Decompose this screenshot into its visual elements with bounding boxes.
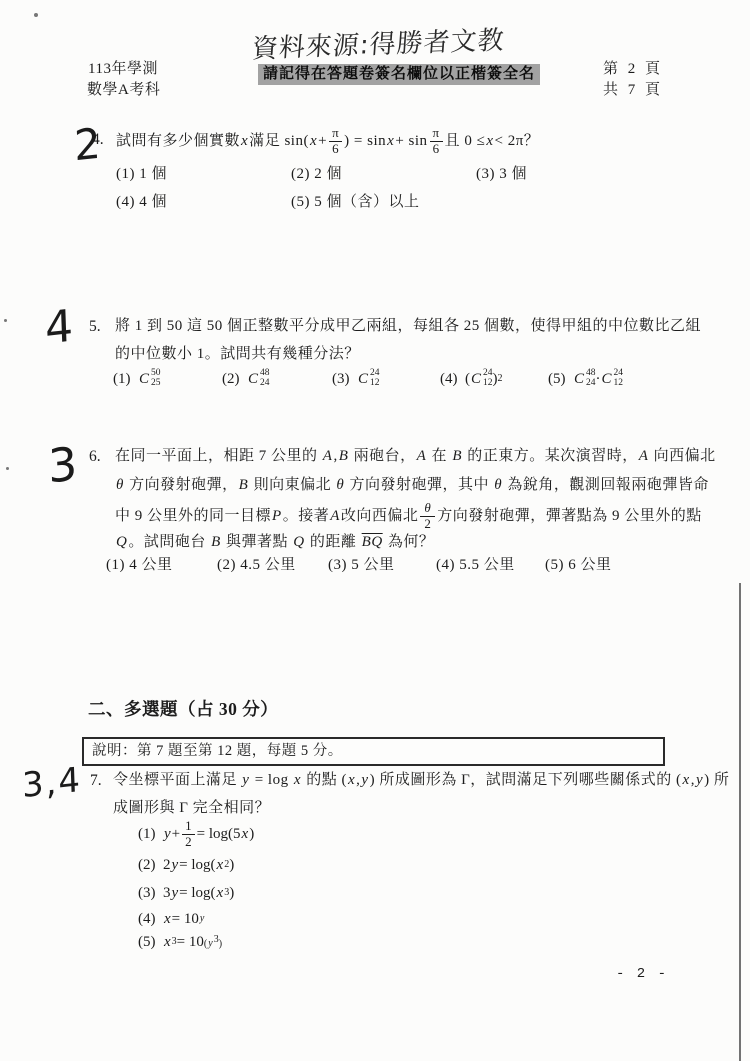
question-number: 5. [89,318,101,336]
option-5: (5) x3 = 10(y3) [138,930,222,954]
option-2: (2) 2y = log(x2) [138,854,234,876]
instruction-text: 說明：第 7 題至第 12 題，每題 5 分。 [84,739,663,760]
question-number: 4. [92,131,104,149]
option-5: (5) 5 個（含）以上 [291,193,420,212]
option-4: (4) (C2412)2 [440,366,503,392]
question-stem-line2: θ 方向發射砲彈，B 則向東偏北 θ 方向發射砲彈，其中 θ 為銳角，觀測回報兩… [115,476,709,495]
scan-edge-line [739,583,741,1061]
option-2: (2) 2 個 [291,165,342,184]
exam-year-label: 113年學測 [88,60,158,79]
option-3: (3) 5 公里 [328,556,395,575]
page-number-label: 第 2 頁 [603,60,663,79]
exam-subject-label: 數學A考科 [87,81,160,100]
question-stem-line3: 中 9 公里外的同一目標 P。接著 A 改向西偏北 θ2 方向發射砲彈，彈著點為… [115,496,702,536]
option-4: (4) 5.5 公里 [436,556,515,575]
option-5: (5) C4824 · C2412 [548,366,623,392]
option-3: (3) C2412 [332,366,380,392]
signature-notice: 請記得在答題卷簽名欄位以正楷簽全名 [258,64,540,85]
handwritten-answer-q6: 3 [47,440,78,489]
scan-speck [6,467,9,470]
question-stem: 試問有多少個實數 x 滿足 sin(x + π6) = sin x + sin … [116,120,539,162]
question-number: 6. [89,448,101,466]
handwritten-source-note: 資料來源:得勝者文教 [251,20,506,66]
question-stem-line4: Q。試問砲台 B 與彈著點 Q 的距離 BQ 為何？ [115,533,434,552]
scan-speck [4,319,7,322]
question-stem-line1: 令坐標平面上滿足 y = log x 的點 (x,y) 所成圖形為 Γ，試問滿足… [113,771,729,790]
scanned-exam-page: { "page": { "footer_page_number": "- 2 -… [0,0,750,1061]
scan-speck [34,13,38,17]
option-5: (5) 6 公里 [545,556,612,575]
handwritten-answer-q7: 3,4 [22,763,83,803]
instruction-box: 說明：第 7 題至第 12 題，每題 5 分。 [82,737,665,766]
handwritten-answer-q5: 4 [44,304,73,351]
option-3: (3) 3y = log(x3) [138,882,234,904]
question-stem-line1: 將 1 到 50 這 50 個正整數平分成甲乙兩組，每組各 25 個數，使得甲組… [115,317,701,336]
option-1: (1) 4 公里 [106,556,173,575]
option-2: (2) C4824 [222,366,270,392]
question-number: 7. [90,772,102,790]
total-pages-label: 共 7 頁 [603,81,663,100]
option-4: (4) x = 10y [138,908,205,930]
section-title: 二、多選題（占 30 分） [88,699,278,721]
footer-page-number: - 2 - [616,966,668,982]
question-stem-line1: 在同一平面上，相距 7 公里的 A,B 兩砲台，A 在 B 的正東方。某次演習時… [115,447,716,466]
question-stem-line2: 的中位數小 1。試問共有幾種分法？ [115,345,360,364]
option-1: (1) C5025 [113,366,161,392]
option-3: (3) 3 個 [476,165,527,184]
option-1: (1) y + 12 = log(5x) [138,815,254,853]
option-4: (4) 4 個 [116,193,167,212]
option-2: (2) 4.5 公里 [217,556,296,575]
option-1: (1) 1 個 [116,165,167,184]
